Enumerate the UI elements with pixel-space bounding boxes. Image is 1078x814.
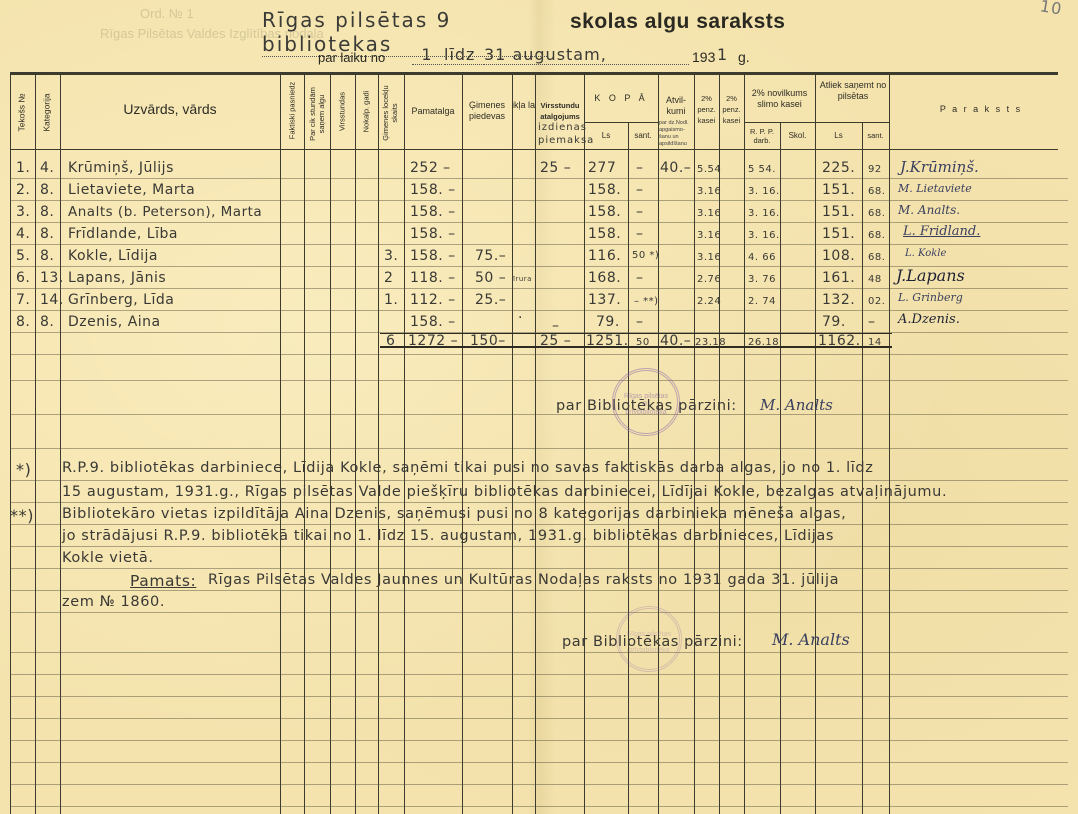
col-base-salary: Pamatalga <box>404 106 462 117</box>
period-prefix: par laiku no <box>318 50 385 65</box>
table-cell: 8. <box>40 226 54 242</box>
table-cell: 5.54 <box>697 164 721 175</box>
col-pension-2: 2% penz. kasei <box>719 93 744 126</box>
table-cell: 118. – <box>410 270 456 286</box>
basis-label: Pamats: <box>130 572 196 590</box>
table-cell: Lapans, Jānis <box>68 270 166 286</box>
table-cell: 68. <box>868 252 885 263</box>
table-cell: 6. <box>16 270 30 286</box>
signature: J.Krūmiņš. <box>900 158 979 176</box>
table-cell: – <box>868 314 876 330</box>
col-sick-rpp: R. P. P. darb. <box>744 127 780 145</box>
approval-label-1: par Bibliotēkas pārzini: <box>556 398 737 414</box>
col-total: K O P Ā <box>584 93 658 104</box>
table-cell: 40.– <box>660 333 691 349</box>
table-cell: 79. <box>596 314 620 330</box>
table-cell: 50 *) <box>632 250 659 261</box>
ghost-ord-number: Ord. № 1 <box>140 6 194 21</box>
col-remaining: Atliek saņemt no pilsētas <box>818 80 888 102</box>
table-cell: 8. <box>40 204 54 220</box>
kopa-subheader-rule <box>584 122 658 123</box>
table-cell: 5. <box>16 248 30 264</box>
col-sick-fund: 2% novilkums slimo kasei <box>744 88 815 110</box>
table-cell: Kokle, Līdija <box>68 248 158 264</box>
table-cell: 2.24 <box>697 296 721 307</box>
table-cell: 151. <box>822 226 855 242</box>
col-pension-1: 2% penz. kasei <box>694 93 719 126</box>
col-total-ls: Ls <box>584 130 628 141</box>
table-cell: 8. <box>40 248 54 264</box>
table-cell: – <box>636 226 644 242</box>
note-marker-2: **) <box>10 506 34 525</box>
table-cell: 1251. <box>586 333 629 349</box>
table-cell: – <box>636 160 644 176</box>
table-cell: 8. <box>40 314 54 330</box>
signature: J.Lapans <box>896 266 965 285</box>
col-category: Kategorija <box>43 88 52 138</box>
title-printed: skolas algu saraksts <box>570 10 785 34</box>
table-cell: Analts (b. Peterson), Marta <box>68 204 262 220</box>
table-top-border <box>10 72 1058 75</box>
subheader-rule-right <box>744 122 889 123</box>
table-cell: 3. 76 <box>748 274 776 285</box>
table-cell: 158. – <box>410 226 456 242</box>
table-cell: Lietaviete, Marta <box>68 182 195 198</box>
table-cell: 3.16 <box>697 186 721 197</box>
signature: L. Grinberg <box>898 291 963 304</box>
table-cell: – <box>636 204 644 220</box>
table-cell: – <box>636 314 644 330</box>
col-overtime: Virsstundas <box>338 77 347 147</box>
approval-label-2: par Bibliotēkas pārzini: <box>562 634 743 650</box>
note-2-line-2: jo strādājusi R.P.9. bibliotēkā tikai no… <box>62 528 834 544</box>
table-cell: 168. <box>588 270 621 286</box>
approval-signature-2: M. Analts <box>772 630 850 649</box>
table-cell: 26.18 <box>748 337 779 348</box>
table-cell: Grīnberg, Līda <box>68 292 174 308</box>
period-to-label: līdz <box>444 45 484 65</box>
table-cell: 158. – <box>410 314 456 330</box>
signature: M. Lietaviete <box>898 182 972 195</box>
table-cell: 1162. <box>818 333 861 349</box>
col-service-years: Nokalp. gadi <box>362 77 371 147</box>
table-cell: 02. <box>868 296 885 307</box>
table-cell: 2. <box>16 182 30 198</box>
table-cell: 3. <box>16 204 30 220</box>
table-cell: 277 <box>588 160 616 176</box>
table-cell: 1. <box>16 160 30 176</box>
table-cell: 161. <box>822 270 855 286</box>
table-cell: 50 – <box>475 270 506 286</box>
table-cell: 13. <box>40 270 64 286</box>
period-to: 31 augustam, <box>484 45 689 65</box>
table-cell: 158. – <box>410 204 456 220</box>
table-cell: 3. 16. <box>748 230 780 241</box>
table-cell: – <box>636 270 644 286</box>
note-2-line-3: Kokle vietā. <box>62 550 154 566</box>
table-cell: 40.– <box>660 160 691 176</box>
table-cell: 2. 74 <box>748 296 776 307</box>
col-deductions: Atvil-kumi <box>658 95 694 117</box>
col-rent: ikļa la <box>512 100 535 111</box>
table-cell: 158. <box>588 204 621 220</box>
col-total-sant: sant. <box>628 130 658 141</box>
table-cell: 151. <box>822 204 855 220</box>
table-cell: 1272 – <box>408 333 458 349</box>
table-cell: 1. <box>384 292 398 308</box>
approval-signature-1: M. Analts <box>760 396 833 414</box>
table-cell: 4. 66 <box>748 252 776 263</box>
col-name: Uzvārds, vārds <box>60 104 280 115</box>
table-cell: 14. <box>40 292 64 308</box>
col-remaining-sant: sant. <box>862 130 889 141</box>
col-signature: P a r a k s t s <box>889 104 1073 115</box>
col-remaining-ls: Ls <box>815 130 862 141</box>
table-cell: 68. <box>868 186 885 197</box>
table-cell: 158. – <box>410 182 456 198</box>
table-cell: · <box>518 310 523 326</box>
table-cell: 4. <box>16 226 30 242</box>
note-marker-1: *) <box>16 460 31 479</box>
period-from: 1 <box>412 45 442 65</box>
table-cell: 8. <box>40 182 54 198</box>
table-cell: 23.18 <box>695 337 726 348</box>
table-cell: 68. <box>868 208 885 219</box>
table-cell: – **) <box>634 296 659 307</box>
table-cell: 158. – <box>410 248 456 264</box>
table-cell: 50 <box>636 337 650 348</box>
basis-text: Rīgas Pilsētas Valdes Jaunnes un Kultūra… <box>208 572 839 588</box>
table-cell: 4. <box>40 160 54 176</box>
signature: L. Kokle <box>905 248 946 259</box>
col-family-allowance: Ģimenes piedevas <box>462 100 512 122</box>
table-cell: 25 – <box>540 333 571 349</box>
table-cell: 6 <box>386 333 395 349</box>
table-cell: 75.– <box>475 248 506 264</box>
table-cell: 151. <box>822 182 855 198</box>
table-cell: 225. <box>822 160 855 176</box>
col-family-members: Ģimenes locekļu skaits <box>381 80 399 146</box>
signature: L. Fridland. <box>903 224 980 239</box>
table-cell: 158. <box>588 182 621 198</box>
col-actual-days: Faktiski pasniedz <box>288 76 297 146</box>
table-cell: 3. 16. <box>748 208 780 219</box>
col-deductions-note: par dz.Nodl. apgaismo-šanu un apsildīšan… <box>659 120 695 148</box>
year-label: g. <box>738 49 750 65</box>
col-nr: Tekošs № <box>18 88 27 138</box>
table-cell: 48 <box>868 274 882 285</box>
table-cell: 2 <box>384 270 393 286</box>
col-overtime-pay-note: izdienas piemaksa <box>538 121 584 147</box>
table-cell: 3. <box>384 248 398 264</box>
table-cell: 158. <box>588 226 621 242</box>
note-1-line-2: 15 augustam, 1931.g., Rīgas pilsētas Val… <box>62 484 947 500</box>
table-cell: 2.76 <box>697 274 721 285</box>
table-cell: 25.– <box>475 292 506 308</box>
table-cell: 3. 16. <box>748 186 780 197</box>
table-cell: īrura <box>513 275 532 283</box>
signature: M. Analts. <box>898 203 960 217</box>
table-cell: 5 54. <box>748 164 776 175</box>
table-cell: 150– <box>470 333 506 349</box>
table-cell: 8. <box>16 314 30 330</box>
table-cell: 7. <box>16 292 30 308</box>
table-cell: 112. – <box>410 292 456 308</box>
signature: A.Dzenis. <box>898 312 960 327</box>
table-cell: 108. <box>822 248 855 264</box>
table-cell: 137. <box>588 292 621 308</box>
table-cell: 116. <box>588 248 621 264</box>
table-cell: – <box>552 318 560 334</box>
col-overtime-pay: Virsstundu atalgojums <box>537 100 583 122</box>
table-cell: Frīdlande, Lība <box>68 226 178 242</box>
col-sick-school: Skol. <box>780 130 815 141</box>
table-cell: 132. <box>822 292 855 308</box>
year-prefix: 193 <box>692 49 715 65</box>
table-cell: Krūmiņš, Jūlijs <box>68 160 174 176</box>
table-cell: 92 <box>868 164 882 175</box>
table-cell: 3.16 <box>697 208 721 219</box>
table-cell: 252 – <box>410 160 451 176</box>
note-1-line-1: R.P.9. bibliotēkas darbiniece, Līdija Ko… <box>62 460 873 476</box>
table-cell: Dzenis, Aina <box>68 314 161 330</box>
table-cell: 14 <box>868 337 882 348</box>
table-cell: 3.16 <box>697 230 721 241</box>
basis-text-2: zem № 1860. <box>62 594 165 610</box>
table-cell: 68. <box>868 230 885 241</box>
col-hours-paid: Par cik stundām saņem algu <box>308 77 326 151</box>
table-cell: 3.16 <box>697 252 721 263</box>
table-cell: 25 – <box>540 160 571 176</box>
table-cell: – <box>636 182 644 198</box>
table-header-bottom-border <box>10 149 1058 150</box>
corner-mark: 10 <box>1039 0 1064 19</box>
note-2-line-1: Bibliotekāro vietas izpildītāja Aina Dze… <box>62 506 846 522</box>
year-suffix: 1 <box>717 45 728 64</box>
table-cell: 79. <box>822 314 846 330</box>
